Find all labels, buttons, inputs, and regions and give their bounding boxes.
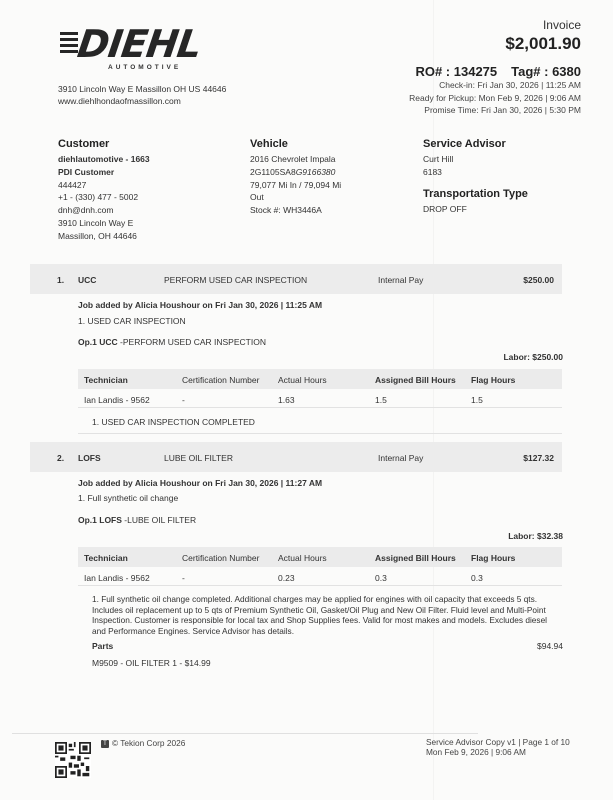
col-technician: Technician (84, 375, 128, 385)
op-code: Op.1 UCC (78, 337, 118, 347)
tekion-logo-icon: T (101, 740, 109, 748)
job-header-1: 1. UCC PERFORM USED CAR INSPECTION Inter… (30, 264, 562, 294)
customer-id: 444427 (58, 179, 228, 192)
vehicle-stock: Stock #: WH3446A (250, 204, 410, 217)
job-title: LUBE OIL FILTER (164, 453, 233, 463)
customer-email: dnh@dnh.com (58, 204, 228, 217)
job-header-2: 2. LOFS LUBE OIL FILTER Internal Pay $12… (30, 442, 562, 472)
check-in-time: Check-in: Fri Jan 30, 2026 | 11:25 AM (409, 79, 581, 92)
parts-total: $94.94 (537, 641, 563, 651)
service-advisor-id: 6183 (423, 166, 593, 179)
cell-flag-hours: 1.5 (471, 395, 483, 405)
job-code: LOFS (78, 453, 101, 463)
invoice-total: $2,001.90 (409, 34, 581, 54)
customer-street: 3910 Lincoln Way E (58, 217, 228, 230)
job-number: 1. (57, 275, 64, 285)
job-amount: $250.00 (523, 275, 554, 285)
transportation-heading: Transportation Type (423, 188, 593, 200)
part-item: M9509 - OIL FILTER 1 - $14.99 (92, 658, 211, 668)
ro-number: RO# : 134275 (415, 64, 497, 79)
col-assigned-bill-hours: Assigned Bill Hours (375, 375, 456, 385)
col-technician: Technician (84, 553, 128, 563)
copyright-text: © Tekion Corp 2026 (112, 738, 185, 748)
job-labor: Labor: $250.00 (503, 352, 563, 362)
customer-type: PDI Customer (58, 166, 228, 179)
logo-subtext: AUTOMOTIVE (108, 64, 181, 71)
job-pay-type: Internal Pay (378, 275, 423, 285)
vehicle-heading: Vehicle (250, 138, 410, 150)
customer-name: diehlautomotive - 1663 (58, 153, 228, 166)
cell-certification: - (182, 395, 185, 405)
job-notes: 1. Full synthetic oil change completed. … (92, 594, 562, 636)
job-code: UCC (78, 275, 96, 285)
service-advisor-section: Service Advisor Curt Hill 6183 Transport… (423, 138, 593, 215)
footer-right: Service Advisor Copy v1 | Page 1 of 10 M… (426, 737, 570, 757)
technician-table-1: Technician Certification Number Actual H… (78, 369, 562, 408)
job-amount: $127.32 (523, 453, 554, 463)
col-assigned-bill-hours: Assigned Bill Hours (375, 553, 456, 563)
ready-for-pickup-time: Ready for Pickup: Mon Feb 9, 2026 | 9:06… (409, 92, 581, 105)
vin-suffix: G9166380 (296, 167, 336, 177)
job-notes: 1. USED CAR INSPECTION COMPLETED (92, 417, 255, 427)
parts-label: Parts (92, 641, 113, 651)
vehicle-section: Vehicle 2016 Chevrolet Impala 2G1105SA8G… (250, 138, 410, 217)
col-flag-hours: Flag Hours (471, 375, 515, 385)
cell-certification: - (182, 573, 185, 583)
promise-time: Promise Time: Fri Jan 30, 2026 | 5:30 PM (409, 104, 581, 117)
dealer-address-block: 3910 Lincoln Way E Massillon OH US 44646… (58, 83, 226, 107)
vehicle-vin: 2G1105SA8G9166380 (250, 166, 410, 179)
col-actual-hours: Actual Hours (278, 375, 327, 385)
op-code: Op.1 LOFS (78, 515, 122, 525)
service-advisor-name: Curt Hill (423, 153, 593, 166)
invoice-header: Invoice $2,001.90 RO# : 134275Tag# : 638… (409, 18, 581, 117)
job-labor: Labor: $32.38 (508, 531, 563, 541)
table-header-row: Technician Certification Number Actual H… (78, 369, 562, 389)
cell-assigned-hours: 0.3 (375, 573, 387, 583)
customer-city: Massillon, OH 44646 (58, 230, 228, 243)
logo-text: DIEHL (75, 22, 204, 66)
technician-table-2: Technician Certification Number Actual H… (78, 547, 562, 586)
op-desc: -PERFORM USED CAR INSPECTION (118, 337, 266, 347)
op-desc: -LUBE OIL FILTER (122, 515, 196, 525)
customer-section: Customer diehlautomotive - 1663 PDI Cust… (58, 138, 228, 243)
invoice-label: Invoice (409, 18, 581, 32)
cell-flag-hours: 0.3 (471, 573, 483, 583)
dealer-logo: DIEHL AUTOMOTIVE (60, 22, 190, 77)
logo-speed-lines-icon (60, 32, 78, 56)
vehicle-mileage: 79,077 Mi In / 79,094 Mi Out (250, 179, 350, 205)
cell-actual-hours: 1.63 (278, 395, 295, 405)
col-flag-hours: Flag Hours (471, 553, 515, 563)
job-pay-type: Internal Pay (378, 453, 423, 463)
service-advisor-heading: Service Advisor (423, 138, 593, 150)
tekion-copyright: T© Tekion Corp 2026 (101, 738, 185, 748)
job-title: PERFORM USED CAR INSPECTION (164, 275, 307, 285)
cell-actual-hours: 0.23 (278, 573, 295, 583)
job-number: 2. (57, 453, 64, 463)
job-operation: Op.1 UCC -PERFORM USED CAR INSPECTION (78, 337, 266, 347)
dealer-website: www.diehlhondaofmassillon.com (58, 95, 226, 107)
cell-technician: Ian Landis - 9562 (84, 395, 150, 405)
col-certification: Certification Number (182, 375, 259, 385)
col-certification: Certification Number (182, 553, 259, 563)
col-actual-hours: Actual Hours (278, 553, 327, 563)
job-concern: 1. Full synthetic oil change (78, 493, 178, 503)
job-added-by: Job added by Alicia Houshour on Fri Jan … (78, 300, 322, 310)
ro-tag-line: RO# : 134275Tag# : 6380 (409, 64, 581, 79)
qr-code-icon (55, 742, 91, 778)
vehicle-model: 2016 Chevrolet Impala (250, 153, 410, 166)
dealer-address: 3910 Lincoln Way E Massillon OH US 44646 (58, 83, 226, 95)
job-concern: 1. USED CAR INSPECTION (78, 316, 186, 326)
divider (78, 433, 562, 434)
cell-assigned-hours: 1.5 (375, 395, 387, 405)
table-row: Ian Landis - 9562 - 0.23 0.3 0.3 (78, 567, 562, 586)
vin-prefix: 2G1105SA8 (250, 167, 296, 177)
footer-divider (12, 733, 478, 734)
job-added-by: Job added by Alicia Houshour on Fri Jan … (78, 478, 322, 488)
customer-phone: +1 - (330) 477 - 5002 (58, 191, 228, 204)
cell-technician: Ian Landis - 9562 (84, 573, 150, 583)
copy-info: Service Advisor Copy v1 | Page 1 of 10 (426, 737, 570, 747)
tag-number: Tag# : 6380 (511, 64, 581, 79)
table-header-row: Technician Certification Number Actual H… (78, 547, 562, 567)
customer-heading: Customer (58, 138, 228, 150)
transportation-value: DROP OFF (423, 203, 593, 216)
table-row: Ian Landis - 9562 - 1.63 1.5 1.5 (78, 389, 562, 408)
printed-time: Mon Feb 9, 2026 | 9:06 AM (426, 747, 570, 757)
job-operation: Op.1 LOFS -LUBE OIL FILTER (78, 515, 196, 525)
